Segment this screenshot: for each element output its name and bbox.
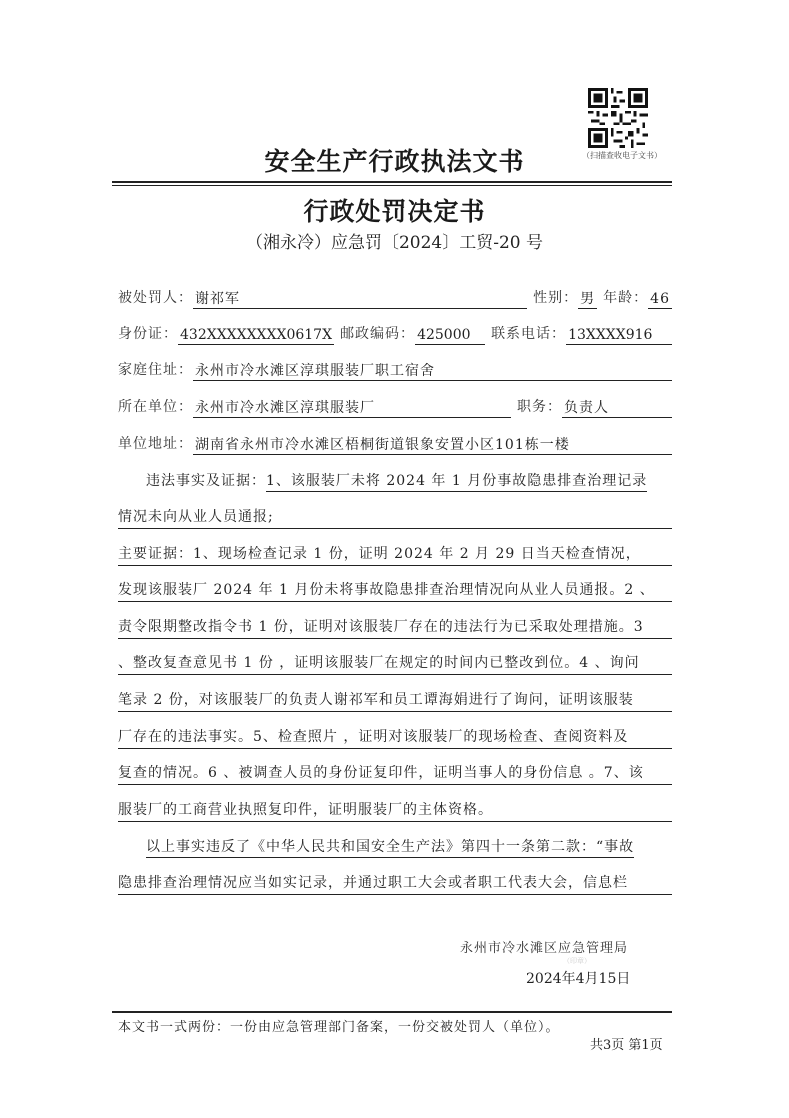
penalized-person-value: 谢祁军	[193, 288, 527, 309]
age-label: 年龄：	[603, 287, 648, 309]
employer-address-label: 单位地址：	[118, 433, 193, 455]
position-value: 负责人	[562, 397, 672, 418]
evidence-line-6: 厂存在的违法事实。5、检查照片 ，证明对该服装厂的现场检查、查阅资料及	[118, 726, 672, 749]
postal-code-label: 邮政编码：	[340, 323, 415, 345]
issue-date: 2024年4月15日	[526, 968, 630, 988]
position-label: 职务：	[517, 396, 562, 418]
seal-placeholder: （印章）	[563, 956, 591, 966]
employer-row: 所在单位： 永州市冷水滩区淳琪服装厂 职务： 负责人	[118, 396, 672, 418]
home-address-label: 家庭住址：	[118, 359, 193, 381]
document-title: 行政处罚决定书	[0, 192, 789, 228]
employer-address-value: 湖南省永州市冷水滩区梧桐街道银象安置小区101栋一楼	[193, 434, 672, 455]
gender-label: 性别：	[533, 287, 578, 309]
document-number: （湘永冷）应急罚〔2024〕工贸-20 号	[0, 228, 789, 253]
header-divider-thick	[112, 181, 672, 183]
age-value: 46	[648, 288, 672, 309]
page-indicator: 共3页 第1页	[590, 1034, 663, 1053]
facts-label: 违法事实及证据：	[146, 470, 266, 492]
facts-line-2: 情况未向从业人员通报;	[118, 506, 672, 529]
document-category-title: 安全生产行政执法文书	[0, 142, 789, 178]
evidence-line-4: 、整改复查意见书 1 份 ，证明该服装厂在规定的时间内已整改到位。4 、询问	[118, 652, 672, 675]
phone-value: 13XXXX916	[566, 324, 672, 345]
gender-value: 男	[578, 288, 597, 309]
evidence-line-5: 笔录 2 份，对该服装厂的负责人谢祁军和员工谭海娟进行了询问，证明该服装	[118, 689, 672, 712]
issuing-organization: 永州市冷水滩区应急管理局	[460, 937, 680, 956]
phone-label: 联系电话：	[491, 323, 566, 345]
penalized-person-row: 被处罚人： 谢祁军 性别： 男 年龄： 46	[118, 287, 672, 309]
employer-label: 所在单位：	[118, 396, 193, 418]
evidence-line-3: 责令限期整改指令书 1 份，证明对该服装厂存在的违法行为已采取处理措施。3	[118, 616, 672, 639]
home-address-row: 家庭住址： 永州市冷水滩区淳琪服装厂职工宿舍	[118, 359, 672, 381]
evidence-line-2: 发现该服装厂 2024 年 1 月份未将事故隐患排查治理情况向从业人员通报。2 …	[118, 579, 672, 602]
id-contact-row: 身份证： 432XXXXXXXX0617X 邮政编码： 425000 联系电话：…	[118, 323, 672, 345]
copies-note: 本文书一式两份：一份由应急管理部门备案，一份交被处罚人（单位）。	[118, 1016, 560, 1035]
postal-code-value: 425000	[415, 324, 485, 345]
employer-address-row: 单位地址： 湖南省永州市冷水滩区梧桐街道银象安置小区101栋一楼	[118, 433, 672, 455]
penalized-person-label: 被处罚人：	[118, 287, 193, 309]
id-label: 身份证：	[118, 323, 178, 345]
evidence-line-1: 主要证据：1、现场检查记录 1 份，证明 2024 年 2 月 29 日当天检查…	[118, 543, 672, 566]
violation-line-2: 隐患排查治理情况应当如实记录，并通过职工大会或者职工代表大会，信息栏	[118, 872, 672, 895]
evidence-line-8: 服装厂的工商营业执照复印件，证明服装厂的主体资格。	[118, 799, 672, 822]
header-divider-thin	[112, 185, 672, 186]
id-number-value: 432XXXXXXXX0617X	[178, 324, 334, 345]
qr-code	[588, 88, 648, 148]
violation-line-1: 以上事实违反了《中华人民共和国安全生产法》第四十一条第二款：“事故	[118, 836, 672, 858]
facts-line-1: 违法事实及证据：1、该服装厂未将 2024 年 1 月份事故隐患排查治理记录	[118, 470, 672, 492]
footer-divider	[112, 1011, 672, 1013]
home-address-value: 永州市冷水滩区淳琪服装厂职工宿舍	[193, 360, 672, 381]
qr-code-icon	[588, 88, 648, 148]
evidence-line-7: 复查的情况。6 、被调查人员的身份证复印件，证明当事人的身份信息 。7、该	[118, 762, 672, 785]
employer-value: 永州市冷水滩区淳琪服装厂	[193, 397, 511, 418]
